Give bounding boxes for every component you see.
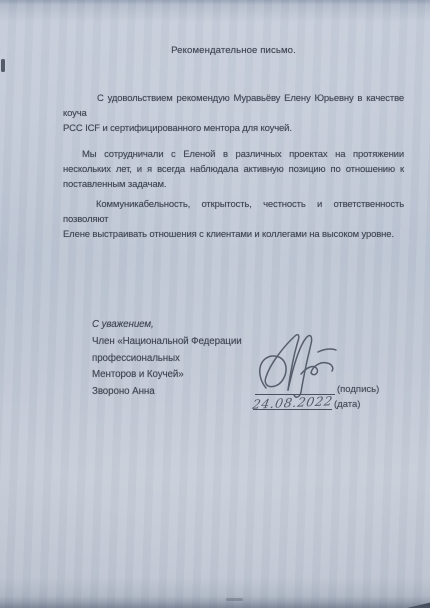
date-label: (дата) [334,399,360,410]
signature-area: (подпись) 24.08.2022(дата) [250,330,428,418]
paragraph-3: Коммуникабельность, открытость, честност… [63,197,404,242]
paragraph-2: Мы сотрудничали с Еленой в различных про… [63,147,404,192]
paragraph-1-line-2: PCC ICF и сертифицированного ментора для… [63,121,404,136]
signer-line-organization-3: Менторов и Коучей» [92,367,242,384]
closing-salutation: С уважением, [92,317,242,334]
scanned-letter-photo: Рекомендательное письмо. С удовольствием… [0,0,430,608]
signer-name: Звороно Анна [92,384,242,401]
paragraph-2-line-2: нескольких лет, и я всегда наблюдала акт… [63,162,404,177]
bottom-edge-shadow [0,596,430,608]
date-line-row: 24.08.2022(дата) [253,394,360,410]
paragraph-2-line-3: поставленным задачам. [63,177,404,192]
date-rule: 24.08.2022 [253,394,332,410]
paragraph-3-line-2: Елене выстраивать отношения с клиентами … [63,227,404,242]
paragraph-1: С удовольствием рекомендую Муравьёву Еле… [63,91,404,136]
handwritten-date: 24.08.2022 [251,393,334,411]
paragraph-1-line-1: С удовольствием рекомендую Муравьёву Еле… [63,91,404,121]
bottom-smudge [226,598,243,601]
bottom-right-corner-shadow [407,599,430,608]
paragraph-3-line-1: Коммуникабельность, открытость, честност… [63,197,404,227]
letter-title: Рекомендательное письмо. [63,45,404,57]
paragraph-2-line-1: Мы сотрудничали с Еленой в различных про… [63,147,404,162]
left-edge-mark [1,59,5,72]
signer-line-organization-1: Член «Национальной Федерации [92,334,242,351]
letter-body: С удовольствием рекомендую Муравьёву Еле… [63,91,404,242]
signer-line-organization-2: профессиональных [92,351,242,368]
closing-block: С уважением, Член «Национальной Федераци… [92,317,242,401]
